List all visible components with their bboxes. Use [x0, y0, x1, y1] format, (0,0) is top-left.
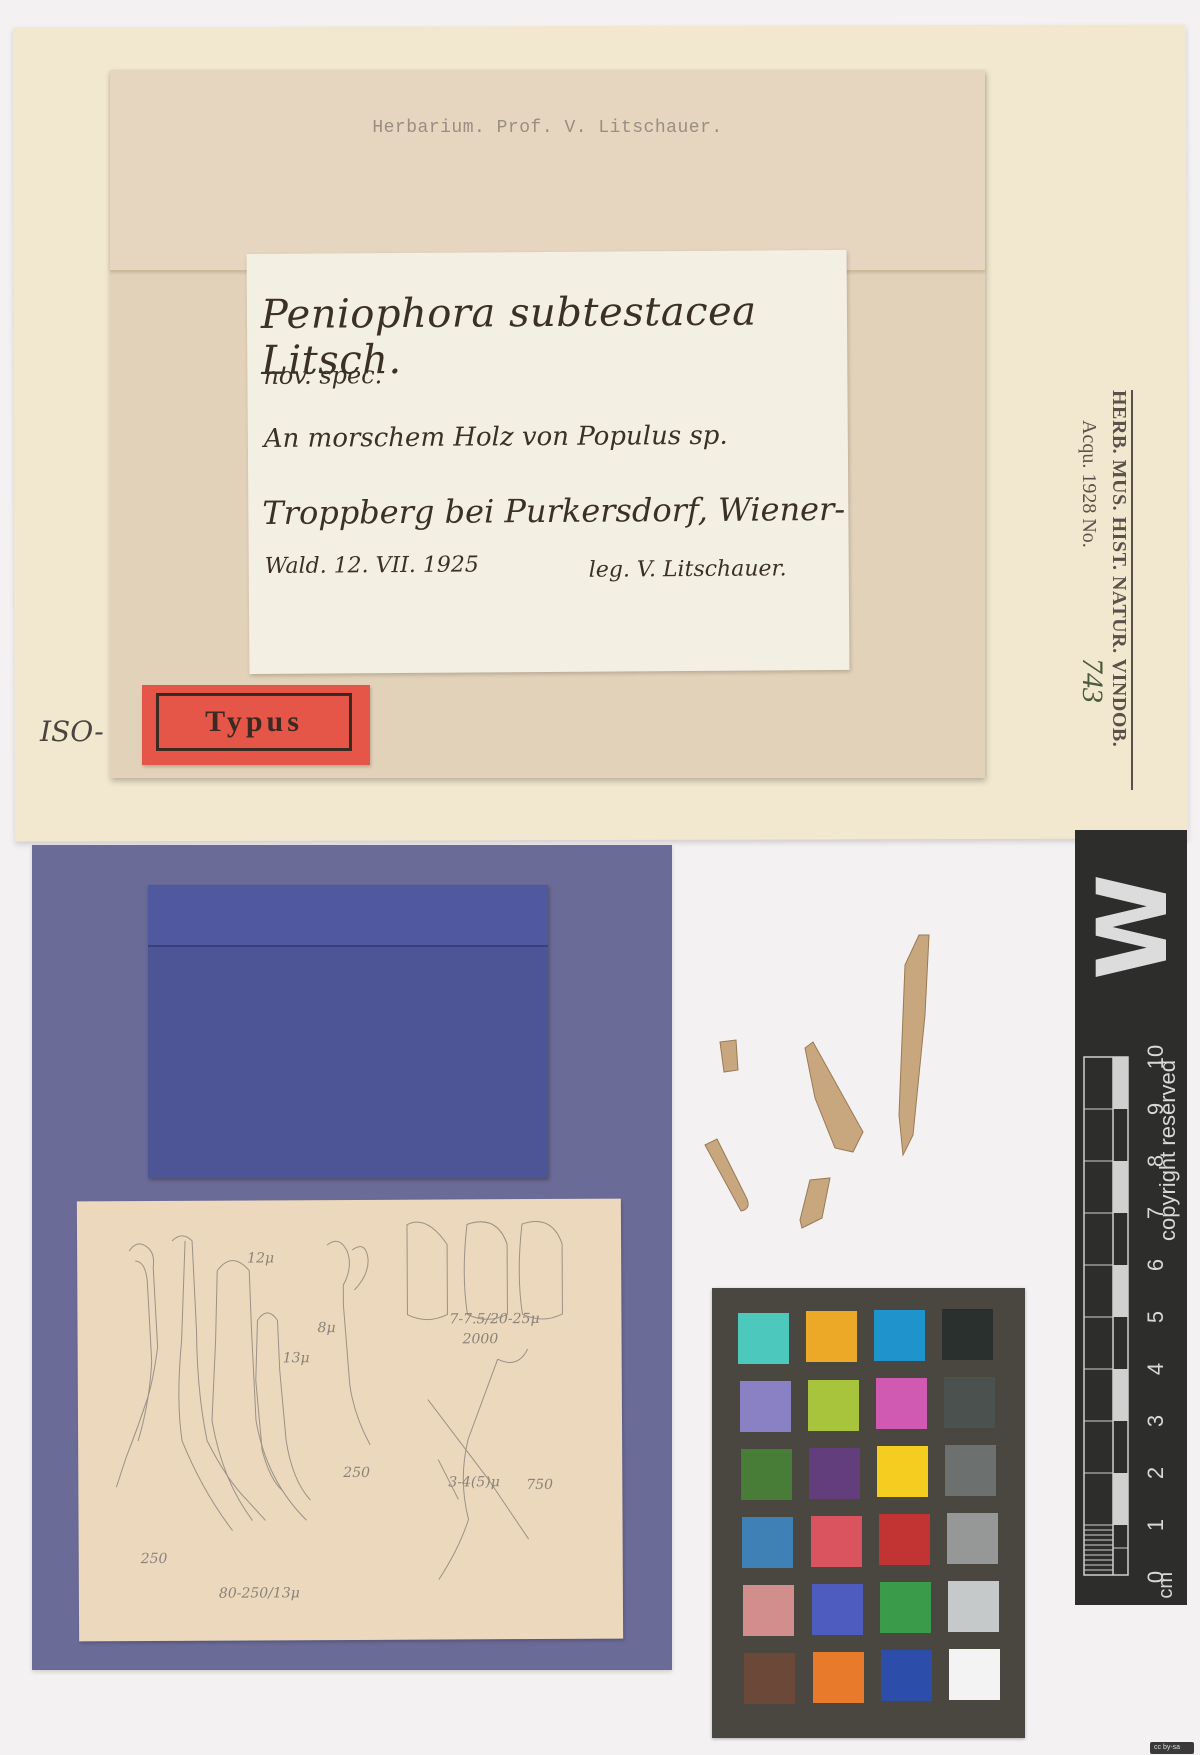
handwritten-label: Peniophora subtestacea Litsch. nov. spec…: [247, 250, 850, 674]
color-swatch: [877, 1446, 928, 1497]
microscopy-drawing: 12μ 8μ 13μ 7-7.5/20-25μ 2000 250 250 80-…: [77, 1199, 623, 1642]
drawing-annotation: 750: [526, 1477, 553, 1493]
color-swatch: [945, 1445, 996, 1496]
stamp-institution: HERB. MUS. HIST. NATUR. VINDOB.: [1107, 390, 1130, 747]
herbarium-header-stamp: Herbarium. Prof. V. Litschauer.: [110, 118, 985, 138]
copyright-notice: copyright reserved: [1155, 1060, 1181, 1241]
stamp-rule: [1131, 390, 1133, 790]
stamp-acquisition: Acqu. 1928 No.: [1077, 420, 1100, 548]
color-swatch: [942, 1309, 993, 1360]
color-swatch: [813, 1652, 864, 1703]
specimen-pocket[interactable]: [148, 885, 548, 1178]
color-swatch: [811, 1516, 862, 1567]
label-status: nov. spec.: [263, 361, 382, 390]
ruler-tick-label: 2: [1143, 1458, 1169, 1488]
stamp-accession-number: 743: [1075, 658, 1109, 703]
drawing-annotation: 3-4(5)μ: [448, 1474, 500, 1490]
drawing-annotation: 8μ: [317, 1320, 335, 1336]
drawing-annotation: 250: [343, 1465, 370, 1481]
label-substrate: An morschem Holz von Populus sp.: [264, 421, 728, 454]
iso-annotation: ISO-: [40, 715, 104, 748]
color-swatch: [744, 1653, 795, 1704]
institution-stamp: HERB. MUS. HIST. NATUR. VINDOB. Acqu. 19…: [1075, 390, 1135, 790]
drawing-annotation: 2000: [463, 1331, 499, 1347]
color-swatch: [948, 1581, 999, 1632]
license-badge-text: cc by-sa: [1150, 1742, 1194, 1754]
museum-logo: W: [1089, 872, 1177, 982]
ruler-tick-label: 1: [1143, 1510, 1169, 1540]
drawing-annotation: 12μ: [247, 1250, 274, 1266]
color-swatch: [876, 1378, 927, 1429]
label-date: Wald. 12. VII. 1925: [265, 552, 479, 578]
ruler-unit: cm: [1155, 1572, 1178, 1599]
wood-fragments-icon: [690, 890, 970, 1280]
color-swatch: [740, 1381, 791, 1432]
color-swatch: [741, 1449, 792, 1500]
type-label: Typus: [142, 685, 370, 765]
color-swatch: [944, 1377, 995, 1428]
ruler-tick-label: 4: [1143, 1354, 1169, 1384]
drawing-annotation: 13μ: [283, 1350, 310, 1366]
color-swatch: [738, 1313, 789, 1364]
mounting-card: 12μ 8μ 13μ 7-7.5/20-25μ 2000 250 250 80-…: [32, 845, 672, 1670]
color-swatch: [949, 1649, 1000, 1700]
envelope-flap: [110, 70, 985, 271]
ruler-ticks-icon: [1083, 1056, 1129, 1576]
hyphae-sketch-icon: [77, 1199, 623, 1642]
color-swatch: [874, 1310, 925, 1361]
color-calibration-chart: [712, 1288, 1025, 1738]
drawing-annotation: 7-7.5/20-25μ: [449, 1311, 539, 1327]
scale-bar: W 0 1 2 3 4 5 6 7 8: [1075, 830, 1187, 1605]
ruler-tick-label: 3: [1143, 1406, 1169, 1436]
ruler-tick-label: 6: [1143, 1250, 1169, 1280]
pocket-flap[interactable]: [148, 885, 548, 947]
color-swatch: [880, 1582, 931, 1633]
color-swatch: [809, 1448, 860, 1499]
color-swatch: [742, 1517, 793, 1568]
label-collector: leg. V. Litschauer.: [589, 556, 787, 582]
type-label-text: Typus: [205, 705, 303, 739]
type-label-frame: Typus: [156, 693, 352, 751]
label-locality: Troppberg bei Purkersdorf, Wiener-: [262, 490, 845, 532]
ruler-tick-label: 5: [1143, 1302, 1169, 1332]
license-badge[interactable]: cc by-sa: [1150, 1742, 1194, 1754]
drawing-annotation: 80-250/13μ: [219, 1585, 300, 1601]
color-swatch: [812, 1584, 863, 1635]
color-swatch: [743, 1585, 794, 1636]
color-swatch: [808, 1380, 859, 1431]
color-swatch: [806, 1311, 857, 1362]
color-swatch: [881, 1650, 932, 1701]
color-swatch: [947, 1513, 998, 1564]
drawing-annotation: 250: [141, 1551, 168, 1567]
color-swatch: [879, 1514, 930, 1565]
